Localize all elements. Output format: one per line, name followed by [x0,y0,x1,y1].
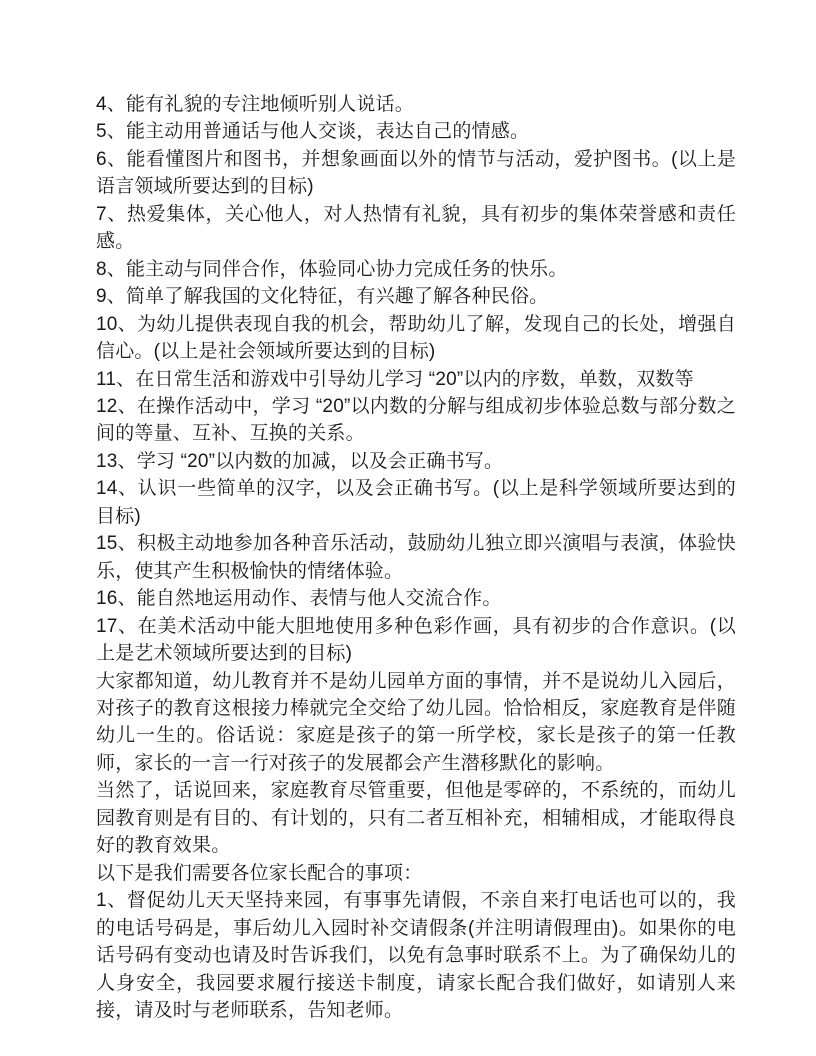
paragraph: 10、为幼儿提供表现自我的机会，帮助幼儿了解，发现自己的长处，增强自信心。(以上… [96,311,736,366]
paragraph: 7、热爱集体，关心他人，对人热情有礼貌，具有初步的集体荣誉感和责任感。 [96,201,736,256]
paragraph: 8、能主动与同伴合作，体验同心协力完成任务的快乐。 [96,256,736,283]
document-text-body: 4、能有礼貌的专注地倾听别人说话。5、能主动用普通话与他人交谈，表达自己的情感。… [96,91,736,1024]
paragraph: 4、能有礼貌的专注地倾听别人说话。 [96,91,736,118]
paragraph: 16、能自然地运用动作、表情与他人交流合作。 [96,585,736,612]
paragraph: 9、简单了解我国的文化特征，有兴趣了解各种民俗。 [96,283,736,310]
paragraph: 13、学习 “20”以内数的加减，以及会正确书写。 [96,448,736,475]
paragraph: 14、认识一些简单的汉字，以及会正确书写。(以上是科学领域所要达到的目标) [96,475,736,530]
paragraph: 12、在操作活动中，学习 “20”以内数的分解与组成初步体验总数与部分数之间的等… [96,393,736,448]
paragraph: 当然了，话说回来，家庭教育尽管重要，但他是零碎的，不系统的，而幼儿园教育则是有目… [96,777,736,859]
paragraph: 5、能主动用普通话与他人交谈，表达自己的情感。 [96,118,736,145]
paragraph: 以下是我们需要各位家长配合的事项： [96,860,736,887]
paragraph: 11、在日常生活和游戏中引导幼儿学习 “20”以内的序数，单数，双数等 [96,366,736,393]
paragraph: 大家都知道，幼儿教育并不是幼儿园单方面的事情，并不是说幼儿入园后，对孩子的教育这… [96,668,736,778]
paragraph: 1、督促幼儿天天坚持来园，有事事先请假，不亲自来打电话也可以的，我的电话号码是，… [96,887,736,1024]
paragraph: 17、在美术活动中能大胆地使用多种色彩作画，具有初步的合作意识。(以上是艺术领域… [96,613,736,668]
paragraph: 15、积极主动地参加各种音乐活动，鼓励幼儿独立即兴演唱与表演，体验快乐，使其产生… [96,530,736,585]
paragraph: 6、能看懂图片和图书，并想象画面以外的情节与活动，爱护图书。(以上是语言领域所要… [96,146,736,201]
document-page: 4、能有礼貌的专注地倾听别人说话。5、能主动用普通话与他人交谈，表达自己的情感。… [0,0,816,1056]
